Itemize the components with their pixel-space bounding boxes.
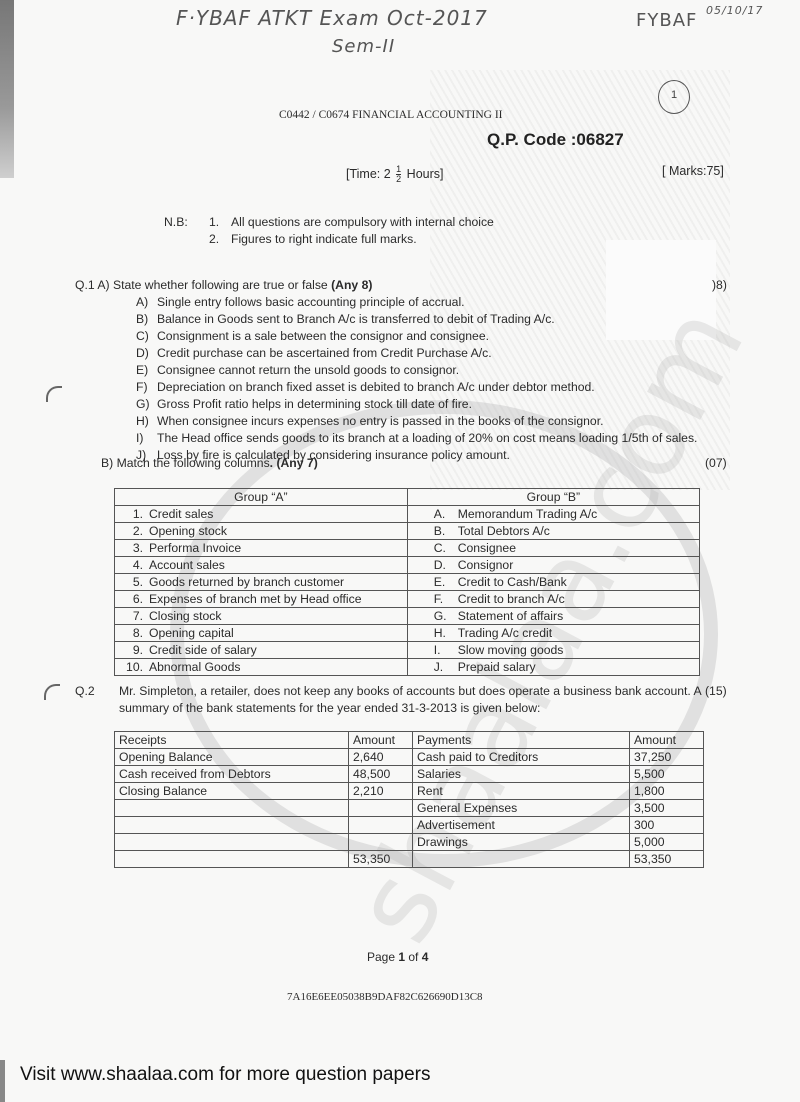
group-b-text: Trading A/c credit (458, 626, 552, 640)
group-a-text: Expenses of branch met by Head office (149, 592, 362, 606)
group-a-number: 2. (119, 523, 143, 539)
table-cell: Rent (413, 783, 630, 800)
page-indicator: Page 1 of 4 (367, 950, 428, 964)
table-header-row: ReceiptsAmountPaymentsAmount (115, 732, 704, 749)
table-cell: 48,500 (349, 766, 413, 783)
table-cell: Closing Balance (115, 783, 349, 800)
q1-part-b-choice: . (Any 7) (270, 456, 318, 470)
qp-code: Q.P. Code :06827 (487, 130, 624, 150)
group-a-text: Closing stock (149, 609, 221, 623)
table-cell (115, 800, 349, 817)
table-cell: Cash paid to Creditors (413, 749, 630, 766)
statement-text: The Head office sends goods to its branc… (157, 431, 697, 445)
nb-label: N.B: (164, 215, 188, 229)
group-a-number: 3. (119, 540, 143, 556)
header-group-b: Group “B” (407, 489, 699, 506)
table-row: 6.Expenses of branch met by Head officeF… (115, 591, 700, 608)
table-row: 9.Credit side of salaryI.Slow moving goo… (115, 642, 700, 659)
group-b-cell: I.Slow moving goods (407, 642, 699, 659)
group-b-text: Credit to Cash/Bank (458, 575, 567, 589)
table-cell (349, 834, 413, 851)
group-a-text: Credit side of salary (149, 643, 257, 657)
table-header-row: Group “A” Group “B” (115, 489, 700, 506)
statement-letter: A) (136, 295, 148, 309)
group-b-cell: C.Consignee (407, 540, 699, 557)
table-cell (115, 851, 349, 868)
group-b-letter: C. (434, 540, 452, 556)
group-b-text: Slow moving goods (458, 643, 564, 657)
table-cell (349, 800, 413, 817)
time-fraction: 1 2 (396, 165, 401, 184)
table-row: 53,35053,350 (115, 851, 704, 868)
group-b-cell: H.Trading A/c credit (407, 625, 699, 642)
group-a-cell: 7.Closing stock (115, 608, 408, 625)
group-b-cell: F.Credit to branch A/c (407, 591, 699, 608)
page-mid: of (405, 950, 422, 964)
group-b-letter: F. (434, 591, 452, 607)
group-a-text: Opening capital (149, 626, 234, 640)
table-cell: 2,640 (349, 749, 413, 766)
group-b-cell: G.Statement of affairs (407, 608, 699, 625)
total-marks: [ Marks:75] (662, 164, 724, 178)
table-row: Opening Balance2,640Cash paid to Credito… (115, 749, 704, 766)
handwritten-exam-note: F·YBAF ATKT Exam Oct-2017 (176, 6, 488, 30)
group-a-number: 7. (119, 608, 143, 624)
statement-text: Consignment is a sale between the consig… (157, 329, 489, 343)
q1-part-b-heading: B) Match the following columns. (Any 7) (101, 456, 318, 470)
group-a-number: 10. (119, 659, 143, 675)
page-total: 4 (422, 950, 429, 964)
statement-letter: G) (136, 397, 150, 411)
handwritten-date: 05/10/17 (706, 4, 763, 17)
statement-letter: C) (136, 329, 149, 343)
punch-hole-mark (46, 386, 62, 402)
table-cell (349, 817, 413, 834)
group-a-cell: 10.Abnormal Goods (115, 659, 408, 676)
page-number-circle: 1 (658, 80, 690, 114)
table-cell: Opening Balance (115, 749, 349, 766)
q2-text-line1: Mr. Simpleton, a retailer, does not keep… (119, 684, 702, 698)
nb-item-number: 2. (209, 232, 219, 246)
table-cell: 2,210 (349, 783, 413, 800)
q2-text-line2: summary of the bank statements for the y… (119, 701, 540, 715)
table-cell: 1,800 (630, 783, 704, 800)
statement-letter: E) (136, 363, 148, 377)
statement-letter: B) (136, 312, 148, 326)
time-prefix: [Time: 2 (346, 167, 391, 181)
table-row: 7.Closing stockG.Statement of affairs (115, 608, 700, 625)
group-a-number: 9. (119, 642, 143, 658)
group-b-text: Consignee (458, 541, 516, 555)
statement-text: Single entry follows basic accounting pr… (157, 295, 465, 309)
nb-item: All questions are compulsory with intern… (231, 215, 494, 229)
table-row: Drawings5,000 (115, 834, 704, 851)
table-cell: 5,500 (630, 766, 704, 783)
group-b-cell: A.Memorandum Trading A/c (407, 506, 699, 523)
table-cell (115, 817, 349, 834)
group-b-text: Credit to branch A/c (458, 592, 565, 606)
q2-marks: (15) (705, 684, 727, 698)
q1-part-a-marks: )8) (712, 278, 727, 292)
statement-text: Credit purchase can be ascertained from … (157, 346, 492, 360)
group-b-letter: H. (434, 625, 452, 641)
group-b-letter: G. (434, 608, 452, 624)
group-a-text: Opening stock (149, 524, 227, 538)
time-allowed: [Time: 2 1 2 Hours] (346, 165, 444, 184)
table-cell: 53,350 (349, 851, 413, 868)
table-cell: 53,350 (630, 851, 704, 868)
table-row: 3.Performa InvoiceC.Consignee (115, 540, 700, 557)
group-a-text: Credit sales (149, 507, 213, 521)
group-a-text: Abnormal Goods (149, 660, 240, 674)
time-frac-den: 2 (396, 175, 401, 184)
group-b-text: Consignor (458, 558, 514, 572)
match-columns-table: Group “A” Group “B” 1.Credit salesA.Memo… (114, 488, 700, 676)
table-row: 1.Credit salesA.Memorandum Trading A/c (115, 506, 700, 523)
table-row: 8.Opening capitalH.Trading A/c credit (115, 625, 700, 642)
table-cell: Salaries (413, 766, 630, 783)
scan-edge-shadow (0, 0, 14, 178)
group-b-cell: B.Total Debtors A/c (407, 523, 699, 540)
group-b-text: Statement of affairs (458, 609, 563, 623)
table-row: 10.Abnormal GoodsJ.Prepaid salary (115, 659, 700, 676)
table-row: Closing Balance2,210Rent1,800 (115, 783, 704, 800)
q1-part-a-heading: Q.1 A) State whether following are true … (75, 278, 372, 292)
table-cell: Cash received from Debtors (115, 766, 349, 783)
statement-text: When consignee incurs expenses no entry … (157, 414, 603, 428)
visit-banner: Visit www.shaalaa.com for more question … (20, 1064, 430, 1086)
table-row: Advertisement300 (115, 817, 704, 834)
q1-part-b-marks: (07) (705, 456, 727, 470)
nb-item-number: 1. (209, 215, 219, 229)
table-row: General Expenses3,500 (115, 800, 704, 817)
column-header: Payments (413, 732, 630, 749)
group-a-number: 1. (119, 506, 143, 522)
nb-item: Figures to right indicate full marks. (231, 232, 417, 246)
group-b-letter: J. (434, 659, 452, 675)
table-row: 2.Opening stockB.Total Debtors A/c (115, 523, 700, 540)
group-b-text: Prepaid salary (458, 660, 536, 674)
group-b-text: Memorandum Trading A/c (458, 507, 598, 521)
table-cell: 3,500 (630, 800, 704, 817)
exam-page: shaalaa.com F·YBAF ATKT Exam Oct-2017 Se… (0, 0, 800, 1102)
table-cell (413, 851, 630, 868)
group-a-number: 6. (119, 591, 143, 607)
header-group-a: Group “A” (115, 489, 408, 506)
q2-label: Q.2 (75, 684, 95, 698)
scan-edge-shadow-bottom (0, 1060, 5, 1102)
column-header: Amount (630, 732, 704, 749)
table-cell: General Expenses (413, 800, 630, 817)
group-a-cell: 2.Opening stock (115, 523, 408, 540)
group-b-cell: D.Consignor (407, 557, 699, 574)
group-a-cell: 3.Performa Invoice (115, 540, 408, 557)
q1-part-b-title: B) Match the following columns (101, 456, 270, 470)
table-row: 5.Goods returned by branch customerE.Cre… (115, 574, 700, 591)
time-suffix: Hours] (407, 167, 444, 181)
statement-text: Balance in Goods sent to Branch A/c is t… (157, 312, 555, 326)
statement-text: Depreciation on branch fixed asset is de… (157, 380, 595, 394)
group-a-number: 5. (119, 574, 143, 590)
group-a-text: Account sales (149, 558, 225, 572)
statement-letter: D) (136, 346, 149, 360)
group-b-cell: J.Prepaid salary (407, 659, 699, 676)
table-row: Cash received from Debtors48,500Salaries… (115, 766, 704, 783)
group-b-text: Total Debtors A/c (458, 524, 550, 538)
statement-text: Gross Profit ratio helps in determining … (157, 397, 472, 411)
table-cell: 37,250 (630, 749, 704, 766)
group-a-cell: 5.Goods returned by branch customer (115, 574, 408, 591)
group-a-cell: 9.Credit side of salary (115, 642, 408, 659)
group-a-cell: 1.Credit sales (115, 506, 408, 523)
group-a-number: 8. (119, 625, 143, 641)
table-row: 4.Account salesD.Consignor (115, 557, 700, 574)
column-header: Amount (349, 732, 413, 749)
handwritten-semester: Sem-II (332, 36, 395, 57)
statement-letter: I) (136, 431, 143, 445)
group-a-cell: 8.Opening capital (115, 625, 408, 642)
group-b-letter: E. (434, 574, 452, 590)
statement-letter: H) (136, 414, 149, 428)
page-prefix: Page (367, 950, 398, 964)
statement-text: Consignee cannot return the unsold goods… (157, 363, 459, 377)
table-cell (115, 834, 349, 851)
handwritten-course-code: FYBAF (636, 10, 697, 31)
group-b-letter: D. (434, 557, 452, 573)
q1-label: Q.1 (75, 278, 95, 292)
group-a-text: Goods returned by branch customer (149, 575, 344, 589)
group-a-text: Performa Invoice (149, 541, 241, 555)
bank-summary-table: ReceiptsAmountPaymentsAmountOpening Bala… (114, 731, 704, 868)
table-cell: 5,000 (630, 834, 704, 851)
paper-hash: 7A16E6EE05038B9DAF82C626690D13C8 (287, 991, 483, 1003)
group-b-letter: I. (434, 642, 452, 658)
group-a-cell: 6.Expenses of branch met by Head office (115, 591, 408, 608)
table-cell: Advertisement (413, 817, 630, 834)
statement-letter: F) (136, 380, 148, 394)
group-a-number: 4. (119, 557, 143, 573)
group-b-letter: B. (434, 523, 452, 539)
group-b-cell: E.Credit to Cash/Bank (407, 574, 699, 591)
group-a-cell: 4.Account sales (115, 557, 408, 574)
table-cell: Drawings (413, 834, 630, 851)
subject-title: C0442 / C0674 FINANCIAL ACCOUNTING II (279, 109, 503, 121)
q1-part-a-title: A) State whether following are true or f… (97, 278, 331, 292)
q1-part-a-choice: (Any 8) (331, 278, 372, 292)
column-header: Receipts (115, 732, 349, 749)
group-b-letter: A. (434, 506, 452, 522)
table-cell: 300 (630, 817, 704, 834)
punch-hole-mark (44, 684, 60, 700)
